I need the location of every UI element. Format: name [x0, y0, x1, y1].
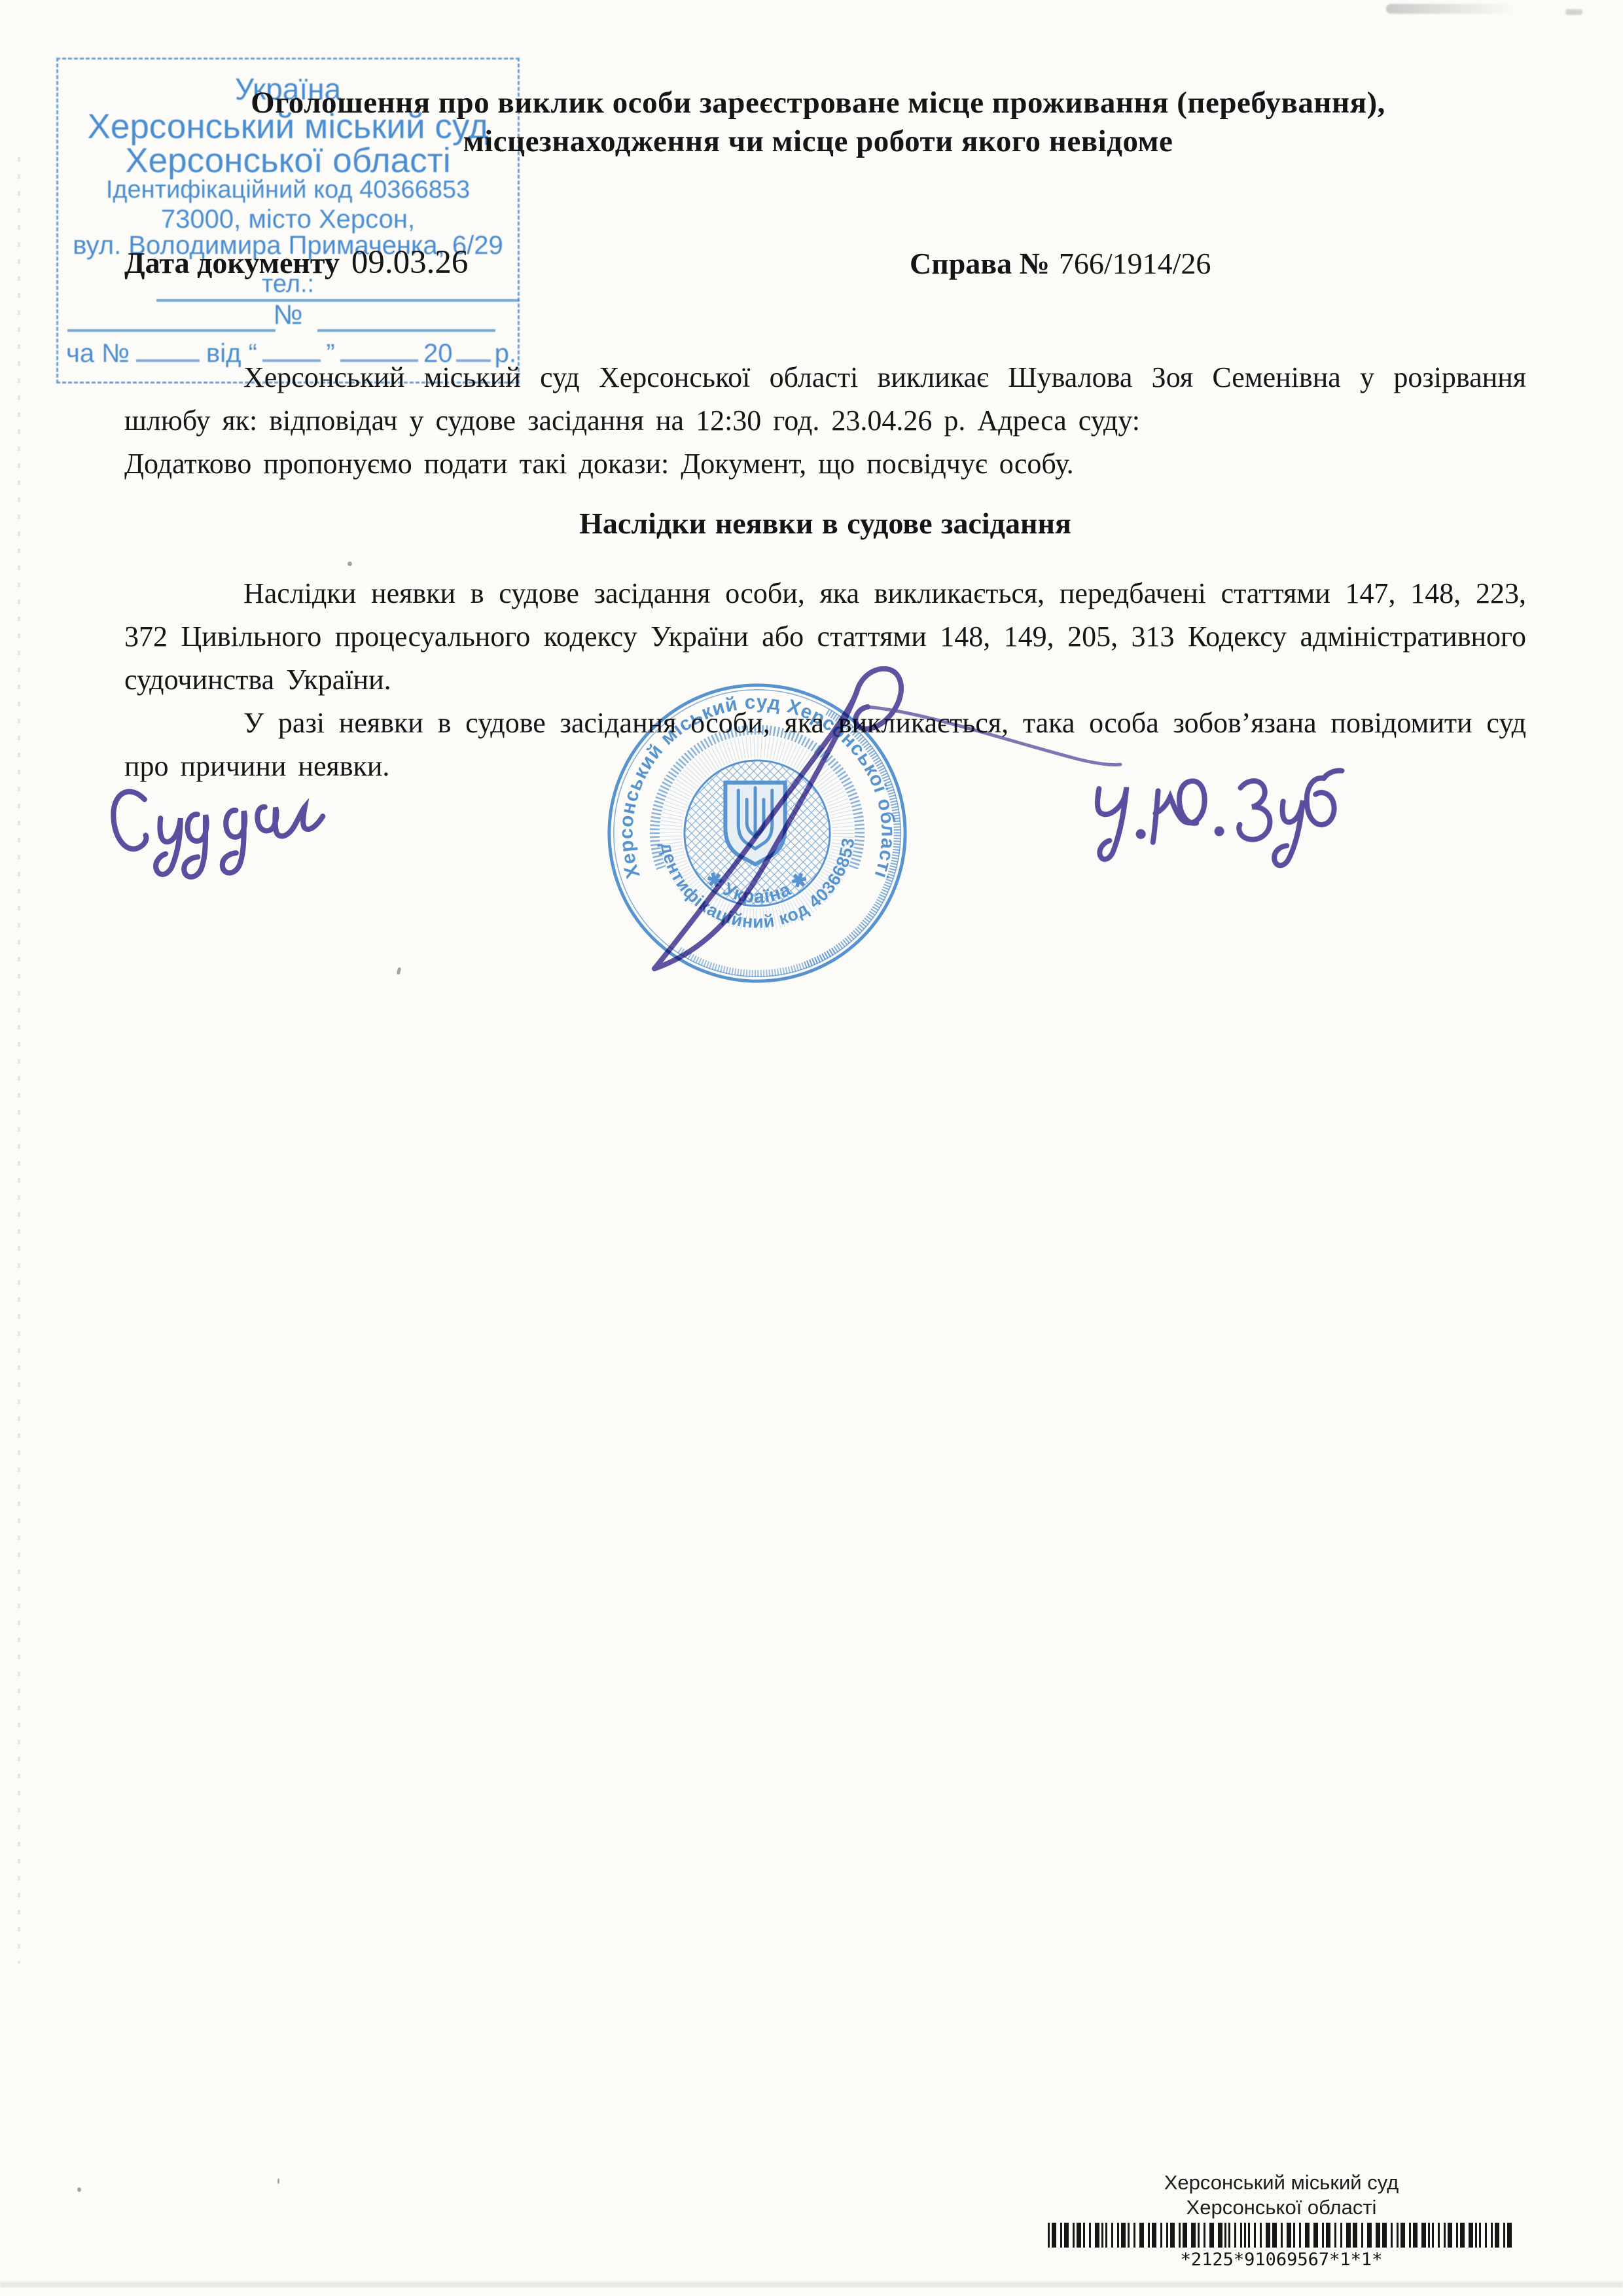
evidence-paragraph: Додатково пропонуємо подати такі докази:…	[124, 442, 1526, 486]
scan-speck	[1565, 9, 1582, 15]
scan-speck	[77, 2187, 81, 2192]
stamp-number-label: №	[58, 299, 518, 331]
handwritten-judge-label	[102, 763, 336, 906]
footer-court-region: Херсонської області	[1020, 2195, 1543, 2220]
scan-speck	[277, 2178, 279, 2184]
date-label: Дата документу	[124, 246, 340, 279]
stamp-postal-city: 73000, місто Херсон,	[58, 205, 518, 234]
scan-bottom-band	[0, 2282, 1623, 2287]
stamp-blank-line	[317, 329, 495, 332]
scan-speck	[397, 967, 402, 975]
case-label: Справа №	[910, 247, 1050, 280]
stamp-na-label: ча №	[66, 339, 130, 368]
title-line-2: місцезнаходження чи місце роботи якого н…	[118, 122, 1518, 161]
handwritten-judge-name	[1075, 747, 1351, 891]
title-line-1: Оголошення про виклик особи зареєстрован…	[118, 84, 1518, 122]
section-heading: Наслідки неявки в судове засідання	[124, 505, 1526, 542]
date-value: 09.03.26	[351, 244, 469, 281]
case-value: 766/1914/26	[1059, 247, 1211, 280]
scanned-court-document: Україна Херсонський міський суд Херсонсь…	[0, 0, 1623, 2296]
handwritten-signature	[556, 666, 1126, 1007]
scan-smudge	[1386, 4, 1517, 14]
footer-block: Херсонський міський суд Херсонської обла…	[1020, 2170, 1543, 2271]
case-number: Справа №766/1914/26	[910, 246, 1211, 281]
meta-row: Дата документу09.03.26 Справа №766/1914/…	[124, 243, 1525, 285]
stamp-blank-line	[67, 329, 276, 332]
scan-edge-artifact	[18, 157, 20, 1964]
barcode	[1048, 2223, 1516, 2248]
stamp-id-code: Ідентифікаційний код 40366853	[58, 176, 518, 204]
footer-court-name: Херсонський міський суд	[1020, 2170, 1543, 2195]
document-title: Оголошення про виклик особи зареєстрован…	[118, 84, 1518, 161]
barcode-caption: *2125*91069567*1*1*	[1020, 2249, 1543, 2271]
summons-paragraph: Херсонський міський суд Херсонської обла…	[124, 356, 1526, 442]
barcode-wrap	[1020, 2223, 1543, 2248]
